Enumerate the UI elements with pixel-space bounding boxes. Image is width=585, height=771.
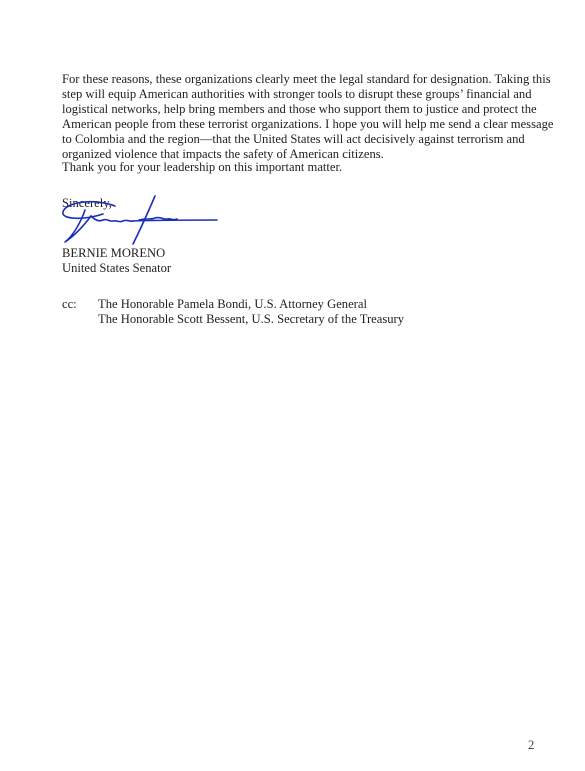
cc-recipient: The Honorable Scott Bessent, U.S. Secret… xyxy=(98,312,404,327)
cc-recipient: The Honorable Pamela Bondi, U.S. Attorne… xyxy=(98,297,404,312)
page-number: 2 xyxy=(528,738,534,753)
cc-label: cc: xyxy=(62,297,77,312)
letter-page: For these reasons, these organizations c… xyxy=(0,0,585,771)
body-paragraph-designation: For these reasons, these organizations c… xyxy=(62,72,562,162)
body-paragraph-thanks: Thank you for your leadership on this im… xyxy=(62,160,562,175)
signer-name: BERNIE MORENO xyxy=(62,246,165,261)
signer-title: United States Senator xyxy=(62,261,171,276)
signature-icon xyxy=(55,190,225,250)
cc-list: The Honorable Pamela Bondi, U.S. Attorne… xyxy=(98,297,404,327)
